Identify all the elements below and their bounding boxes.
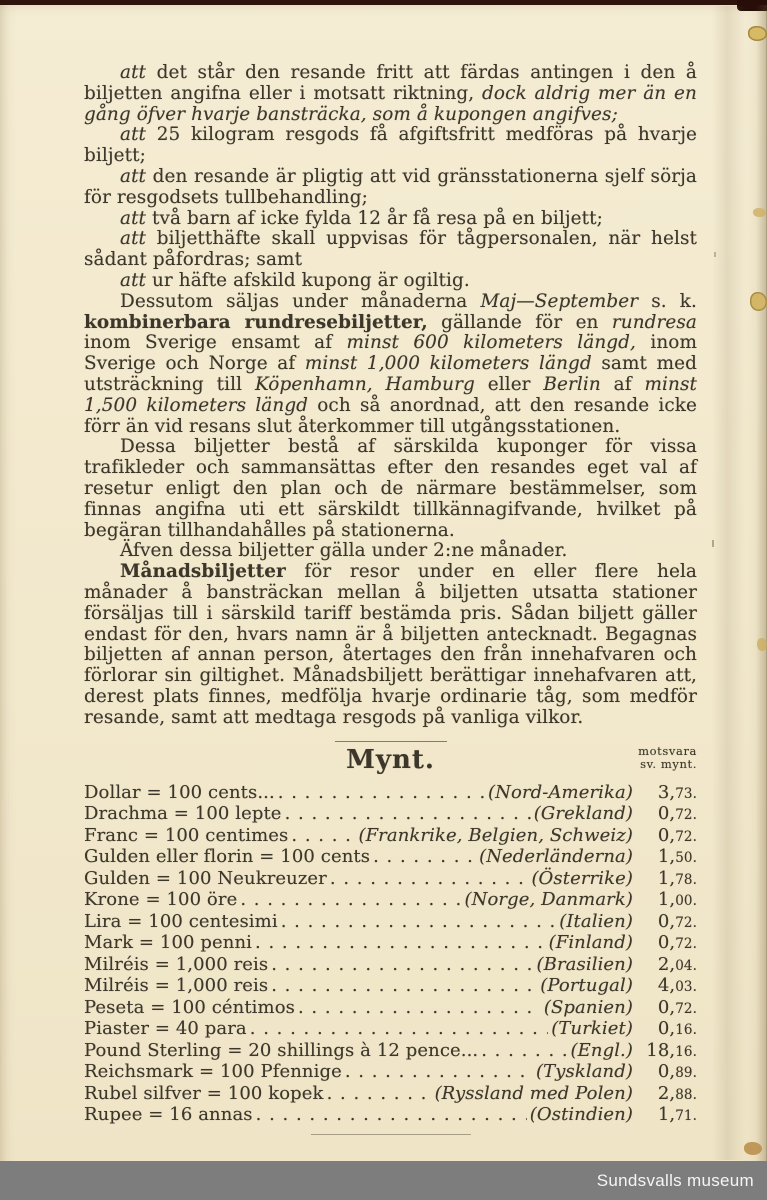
- value-integer: 18,: [646, 1040, 675, 1061]
- currency-value: 0,16.: [641, 1019, 697, 1041]
- text-run: kombinerbara rundresebiljetter,: [84, 312, 428, 333]
- text-run: Berlin: [543, 374, 600, 395]
- text-run: gällande för en: [428, 312, 612, 333]
- currency-label: Mark = 100 penni: [84, 933, 252, 954]
- currency-label: Lira = 100 centesimi: [84, 912, 278, 933]
- currency-country: (Nord-Amerika): [488, 783, 633, 804]
- value-integer: 0,: [658, 911, 675, 932]
- currency-label: Gulden = 100 Neukreuzer: [84, 869, 327, 890]
- leader-dots: [281, 912, 557, 933]
- table-row: Krone = 100 öre (Norge, Danmark) 1,00.: [84, 890, 697, 912]
- leader-dots: [271, 955, 533, 976]
- text-run: s. k.: [638, 291, 697, 312]
- paragraph-att-2: att 25 kilogram resgods få afgiftsfritt …: [84, 125, 697, 167]
- currency-value: 0,72.: [641, 998, 697, 1020]
- currency-value: 0,72.: [641, 804, 697, 826]
- value-fraction: 88.: [675, 1087, 697, 1103]
- value-integer: 1,: [658, 868, 675, 889]
- currency-country: (Frankrike, Belgien, Schweiz): [358, 826, 633, 847]
- currency-country: (Norge, Danmark): [464, 890, 633, 911]
- currency-value: 1,50.: [641, 847, 697, 869]
- value-integer: 0,: [658, 1061, 675, 1082]
- text-run: biljetthäfte skall uppvisas för tågperso…: [84, 228, 697, 270]
- mynt-section-header: Mynt. motsvarasv. mynt.: [84, 744, 697, 780]
- currency-label: Reichsmark = 100 Pfennige: [84, 1062, 342, 1083]
- currency-country: (Engl.): [571, 1041, 633, 1062]
- value-integer: 2,: [658, 954, 675, 975]
- page-crease: [712, 6, 746, 1160]
- currency-label: Franc = 100 centimes: [84, 826, 288, 847]
- credit-bar: Sundsvalls museum: [0, 1161, 767, 1200]
- value-fraction: 00.: [675, 893, 697, 909]
- page-text-block: att det står den resande fritt att färda…: [84, 63, 697, 1135]
- value-fraction: 72.: [675, 1001, 697, 1017]
- paragraph-tva-manader: Äfven dessa biljetter gälla under 2:ne m…: [84, 541, 697, 562]
- paragraph-att-6: att ur häfte afskild kupong är ogiltig.: [84, 271, 697, 292]
- currency-label: Rupee = 16 annas: [84, 1105, 253, 1126]
- currency-country: (Grekland): [534, 804, 633, 825]
- text-run: minst 1,000 kilometers längd: [305, 353, 592, 374]
- text-run: den resande är pligtig att vid gränsstat…: [84, 166, 697, 208]
- leader-dots: [330, 869, 529, 890]
- paper-speck: [714, 252, 716, 257]
- currency-value: 0,72.: [641, 826, 697, 848]
- value-fraction: 71.: [675, 1108, 697, 1124]
- leader-dots: [256, 1105, 527, 1126]
- value-integer: 0,: [658, 997, 675, 1018]
- value-fraction: 78.: [675, 872, 697, 888]
- value-integer: 4,: [658, 975, 675, 996]
- value-integer: 1,: [658, 1104, 675, 1125]
- text-run: motsvara: [638, 744, 697, 758]
- text-run: Månadsbiljetter: [120, 561, 286, 582]
- value-fraction: 72.: [675, 936, 697, 952]
- currency-value: 1,78.: [641, 869, 697, 891]
- value-integer: 0,: [658, 825, 675, 846]
- text-run: att: [120, 228, 146, 249]
- currency-value: 0,89.: [641, 1062, 697, 1084]
- currency-country: (Portugal): [540, 976, 633, 997]
- page-edge-mark: [744, 1142, 762, 1155]
- currency-label: Krone = 100 öre: [84, 890, 237, 911]
- leader-dots: [255, 933, 546, 954]
- value-fraction: 72.: [675, 807, 697, 823]
- leader-dots: [373, 847, 476, 868]
- leader-dots: [291, 826, 355, 847]
- currency-country: (Nederländerna): [479, 847, 633, 868]
- currency-country: (Italien): [559, 912, 633, 933]
- leader-dots: [278, 783, 485, 804]
- currency-label: Pound Sterling = 20 shillings à 12 pence…: [84, 1041, 478, 1062]
- currency-value: 1,00.: [641, 890, 697, 912]
- text-run: att: [120, 270, 146, 291]
- text-run: af: [601, 374, 645, 395]
- text-run: att: [120, 208, 146, 229]
- leader-dots: [298, 998, 541, 1019]
- currency-label: Drachma = 100 lepte: [84, 804, 282, 825]
- value-fraction: 50.: [675, 850, 697, 866]
- paragraph-att-3: att den resande är pligtig att vid gräns…: [84, 167, 697, 209]
- table-row: Pound Sterling = 20 shillings à 12 pence…: [84, 1041, 697, 1063]
- value-fraction: 16.: [675, 1022, 697, 1038]
- section-divider: [335, 741, 447, 742]
- text-run: att: [120, 62, 146, 83]
- credit-text: Sundsvalls museum: [597, 1171, 754, 1191]
- currency-country: (Brasilien): [537, 955, 633, 976]
- value-fraction: 73.: [675, 786, 697, 802]
- value-integer: 1,: [658, 889, 675, 910]
- table-row: Dollar = 100 cents... (Nord-Amerika) 3,7…: [84, 783, 697, 805]
- value-fraction: 16.: [675, 1044, 697, 1060]
- paragraph-kuponger: Dessa biljetter bestå af särskilda kupon…: [84, 437, 697, 541]
- currency-value: 3,73.: [641, 783, 697, 805]
- currency-value: 1,71.: [641, 1105, 697, 1127]
- page-edge-mark: [757, 638, 767, 651]
- leader-dots: [481, 1041, 567, 1062]
- currency-country: (Spanien): [544, 998, 633, 1019]
- table-row: Mark = 100 penni (Finland) 0,72.: [84, 933, 697, 955]
- table-row: Peseta = 100 céntimos (Spanien) 0,72.: [84, 998, 697, 1020]
- currency-value: 0,72.: [641, 933, 697, 955]
- currency-value: 4,03.: [641, 976, 697, 998]
- mynt-column-note: motsvarasv. mynt.: [638, 745, 697, 771]
- text-run: 25 kilogram resgods få afgiftsfritt medf…: [84, 124, 697, 166]
- currency-country: (Ostindien): [530, 1105, 633, 1126]
- currency-label: Rubel silfver = 100 kopek: [84, 1084, 324, 1105]
- text-run: två barn af icke fylda 12 år få resa på …: [146, 208, 603, 229]
- text-run: rundresa: [612, 312, 697, 333]
- currency-country: (Turkiet): [551, 1019, 633, 1040]
- text-run: sv. mynt.: [640, 757, 697, 771]
- paper-speck: [712, 540, 714, 547]
- value-integer: 0,: [658, 803, 675, 824]
- page-edge-mark: [753, 208, 766, 217]
- table-row: Gulden eller florin = 100 cents (Nederlä…: [84, 847, 697, 869]
- paragraph-att-5: att biljetthäfte skall uppvisas för tågp…: [84, 229, 697, 271]
- table-row: Milréis = 1,000 reis (Portugal) 4,03.: [84, 976, 697, 998]
- text-run: att: [120, 166, 146, 187]
- text-run: Dessa biljetter bestå af särskilda kupon…: [84, 436, 697, 540]
- value-fraction: 72.: [675, 829, 697, 845]
- value-fraction: 03.: [675, 979, 697, 995]
- value-integer: 3,: [658, 782, 675, 803]
- text-run: för resor under en eller flere hela måna…: [84, 561, 697, 728]
- leader-dots: [271, 976, 537, 997]
- text-run: inom Sverige ensamt af: [84, 332, 347, 353]
- currency-label: Piaster = 40 para: [84, 1019, 247, 1040]
- currency-value: 18,16.: [641, 1041, 697, 1063]
- text-run: Dessutom säljas under månaderna: [120, 291, 480, 312]
- paragraph-manadsbiljetter: Månadsbiljetter för resor under en eller…: [84, 562, 697, 728]
- table-row: Rubel silfver = 100 kopek (Ryssland med …: [84, 1084, 697, 1106]
- text-run: Köpenhamn, Hamburg: [255, 374, 475, 395]
- paragraph-att-4: att två barn af icke fylda 12 år få resa…: [84, 209, 697, 230]
- paragraph-rundresebiljetter: Dessutom säljas under månaderna Maj—Sept…: [84, 292, 697, 438]
- value-integer: 2,: [658, 1083, 675, 1104]
- leader-dots: [250, 1019, 549, 1040]
- page-edge-mark: [750, 292, 767, 311]
- leader-dots: [240, 890, 461, 911]
- table-row: Lira = 100 centesimi (Italien) 0,72.: [84, 912, 697, 934]
- value-integer: 1,: [658, 846, 675, 867]
- currency-table: Dollar = 100 cents... (Nord-Amerika) 3,7…: [84, 783, 697, 1127]
- scanned-book-page: { "colors": { "paper": "#f2e8cc", "ink":…: [0, 0, 767, 1200]
- book-top-edge: [0, 0, 767, 5]
- table-row: Milréis = 1,000 reis (Brasilien) 2,04.: [84, 955, 697, 977]
- currency-value: 2,04.: [641, 955, 697, 977]
- currency-label: Peseta = 100 céntimos: [84, 998, 295, 1019]
- value-fraction: 72.: [675, 915, 697, 931]
- leader-dots: [327, 1084, 432, 1105]
- currency-label: Milréis = 1,000 reis: [84, 955, 268, 976]
- currency-label: Dollar = 100 cents...: [84, 783, 275, 804]
- leader-dots: [285, 804, 531, 825]
- table-row: Drachma = 100 lepte (Grekland) 0,72.: [84, 804, 697, 826]
- table-row: Franc = 100 centimes (Frankrike, Belgien…: [84, 826, 697, 848]
- text-run: minst 600 kilometers längd,: [347, 332, 636, 353]
- value-integer: 0,: [658, 932, 675, 953]
- table-row: Gulden = 100 Neukreuzer (Österrike) 1,78…: [84, 869, 697, 891]
- page-right-edge: [756, 5, 767, 1161]
- text-run: ur häfte afskild kupong är ogiltig.: [146, 270, 470, 291]
- currency-label: Gulden eller florin = 100 cents: [84, 847, 370, 868]
- currency-country: (Tyskland): [536, 1062, 633, 1083]
- table-row: Reichsmark = 100 Pfennige (Tyskland) 0,8…: [84, 1062, 697, 1084]
- value-fraction: 04.: [675, 958, 697, 974]
- text-run: att: [120, 124, 146, 145]
- currency-value: 2,88.: [641, 1084, 697, 1106]
- text-run: Äfven dessa biljetter gälla under 2:ne m…: [120, 540, 567, 561]
- table-row: Rupee = 16 annas (Ostindien) 1,71.: [84, 1105, 697, 1127]
- value-fraction: 89.: [675, 1065, 697, 1081]
- mynt-title: Mynt.: [84, 744, 697, 776]
- paragraph-att-1: att det står den resande fritt att färda…: [84, 63, 697, 125]
- leader-dots: [345, 1062, 533, 1083]
- currency-country: (Österrike): [531, 869, 633, 890]
- end-divider: [311, 1134, 471, 1135]
- text-run: eller: [475, 374, 544, 395]
- table-row: Piaster = 40 para (Turkiet) 0,16.: [84, 1019, 697, 1041]
- text-run: Maj—September: [480, 291, 638, 312]
- currency-label: Milréis = 1,000 reis: [84, 976, 268, 997]
- page-edge-mark: [748, 26, 767, 41]
- currency-value: 0,72.: [641, 912, 697, 934]
- currency-country: (Finland): [549, 933, 633, 954]
- currency-country: (Ryssland med Polen): [435, 1084, 633, 1105]
- value-integer: 0,: [658, 1018, 675, 1039]
